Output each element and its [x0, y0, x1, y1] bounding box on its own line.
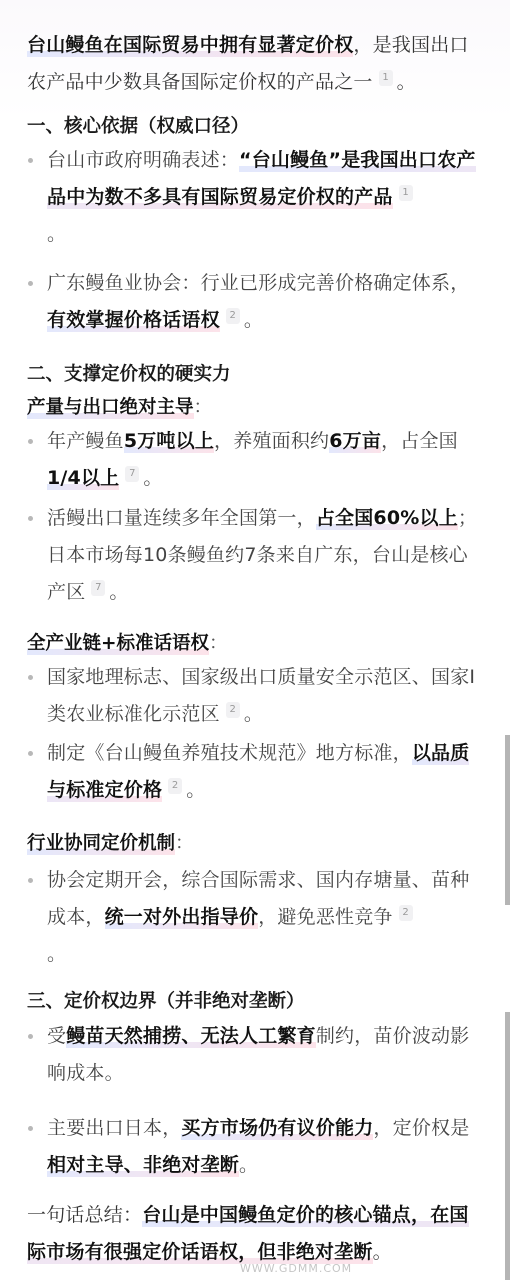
bullet-text: 广东鳗鱼业协会：行业已形成完善价格确定体系， — [47, 272, 469, 294]
list-item: 台山市政府明确表述：“台山鳗鱼”是我国出口农产品中为数不多具有国际贸易定价权的产… — [47, 142, 487, 253]
lead-end: 。 — [397, 71, 416, 93]
bullet-text: 活鳗出口量连续多年全国第一， — [47, 507, 316, 529]
summary-paragraph: 一句话总结：台山是中国鳗鱼定价的核心锚点，在国际市场有很强定价话语权，但非绝对垄… — [27, 1197, 487, 1271]
list-item: 广东鳗鱼业协会：行业已形成完善价格确定体系，有效掌握价格话语权2。 — [47, 265, 487, 339]
bullet-text: 台山市政府明确表述： — [47, 149, 239, 171]
group-label-text: 产量与出口绝对主导 — [27, 397, 194, 419]
section-3-heading: 三、定价权边界（并非绝对垄断） — [27, 988, 305, 1016]
group-label-text: 行业协同定价机制 — [27, 833, 175, 855]
list-item: 协会定期开会，综合国际需求、国内存塘量、苗种成本，统一对外出指导价，避免恶性竞争… — [47, 862, 487, 973]
list-item: 受鳗苗天然捕捞、无法人工繁育制约，苗价波动影响成本。 — [47, 1018, 487, 1092]
bullet-end: 。 — [47, 943, 66, 965]
bullet-highlight: 1/4以上 — [47, 467, 119, 490]
citation-badge[interactable]: 2 — [399, 905, 413, 921]
bullet-text: 年产鳗鱼 — [47, 430, 124, 452]
group-label-coordinated-pricing: 行业协同定价机制： — [27, 830, 194, 858]
bullet-highlight: 相对主导、非绝对垄断 — [47, 1154, 239, 1177]
colon: ： — [175, 833, 194, 854]
watermark: WWW.GDMM.COM — [240, 1262, 352, 1275]
citation-badge[interactable]: 2 — [168, 778, 182, 794]
summary-label: 一句话总结： — [27, 1204, 142, 1226]
citation-badge[interactable]: 7 — [91, 580, 105, 596]
list-item: 国家地理标志、国家级出口质量安全示范区、国家I类农业标准化示范区2。 — [47, 659, 487, 733]
bullet-highlight: 6万亩 — [329, 430, 381, 453]
section-2-heading: 二、支撑定价权的硬实力 — [27, 361, 231, 389]
citation-badge[interactable]: 2 — [226, 308, 240, 324]
colon: ： — [194, 397, 213, 418]
bullet-end: 。 — [143, 467, 162, 489]
bullet-end: 。 — [239, 1154, 258, 1176]
bullet-highlight: 买方市场仍有议价能力 — [181, 1117, 373, 1140]
citation-badge[interactable]: 7 — [125, 466, 139, 482]
bullet-end: 。 — [47, 223, 66, 245]
section-1-heading: 一、核心依据（权威口径） — [27, 113, 249, 141]
bullet-end: 。 — [186, 779, 205, 801]
bullet-highlight: 有效掌握价格话语权 — [47, 309, 220, 332]
bullet-text: ，养殖面积约 — [214, 430, 329, 452]
bullet-highlight: 统一对外出指导价 — [105, 906, 259, 929]
citation-badge[interactable]: 2 — [226, 702, 240, 718]
list-item: 年产鳗鱼5万吨以上，养殖面积约6万亩，占全国1/4以上7。 — [47, 423, 487, 497]
bullet-end: 。 — [244, 703, 263, 725]
bullet-end: 。 — [109, 581, 128, 603]
bullet-text: ，占全国 — [381, 430, 458, 452]
bullet-highlight: 占全国60%以上 — [316, 507, 458, 530]
citation-badge[interactable]: 1 — [399, 185, 413, 201]
bullet-text: ，避免恶性竞争 — [258, 906, 392, 928]
list-item: 活鳗出口量连续多年全国第一，占全国60%以上；日本市场每10条鳗鱼约7条来自广东… — [47, 500, 487, 611]
group-label-industry-chain: 全产业链+标准话语权： — [27, 630, 228, 658]
bullet-highlight: 5万吨以上 — [124, 430, 214, 453]
list-item: 制定《台山鳗鱼养殖技术规范》地方标准，以品质与标准定价格2。 — [47, 735, 487, 809]
colon: ： — [209, 633, 228, 654]
bullet-text: 主要出口日本， — [47, 1117, 181, 1139]
lead-paragraph: 台山鳗鱼在国际贸易中拥有显著定价权，是我国出口农产品中少数具备国际定价权的产品之… — [27, 27, 487, 101]
scrollbar-thumb-lower[interactable] — [505, 1012, 510, 1280]
bullet-text: ，定价权是 — [373, 1117, 469, 1139]
summary-end: 。 — [373, 1241, 392, 1263]
group-label-production: 产量与出口绝对主导： — [27, 394, 212, 422]
bullet-text: 制定《台山鳗鱼养殖技术规范》地方标准， — [47, 742, 412, 764]
group-label-text: 全产业链+标准话语权 — [27, 633, 209, 655]
bullet-text: 受 — [47, 1025, 66, 1047]
bullet-end: 。 — [244, 309, 263, 331]
bullet-highlight: 鳗苗天然捕捞、无法人工繁育 — [66, 1025, 316, 1048]
citation-badge[interactable]: 1 — [379, 70, 393, 86]
list-item: 主要出口日本，买方市场仍有议价能力，定价权是相对主导、非绝对垄断。 — [47, 1110, 487, 1184]
lead-highlight: 台山鳗鱼在国际贸易中拥有显著定价权 — [27, 34, 353, 57]
scrollbar-thumb[interactable] — [505, 735, 510, 905]
